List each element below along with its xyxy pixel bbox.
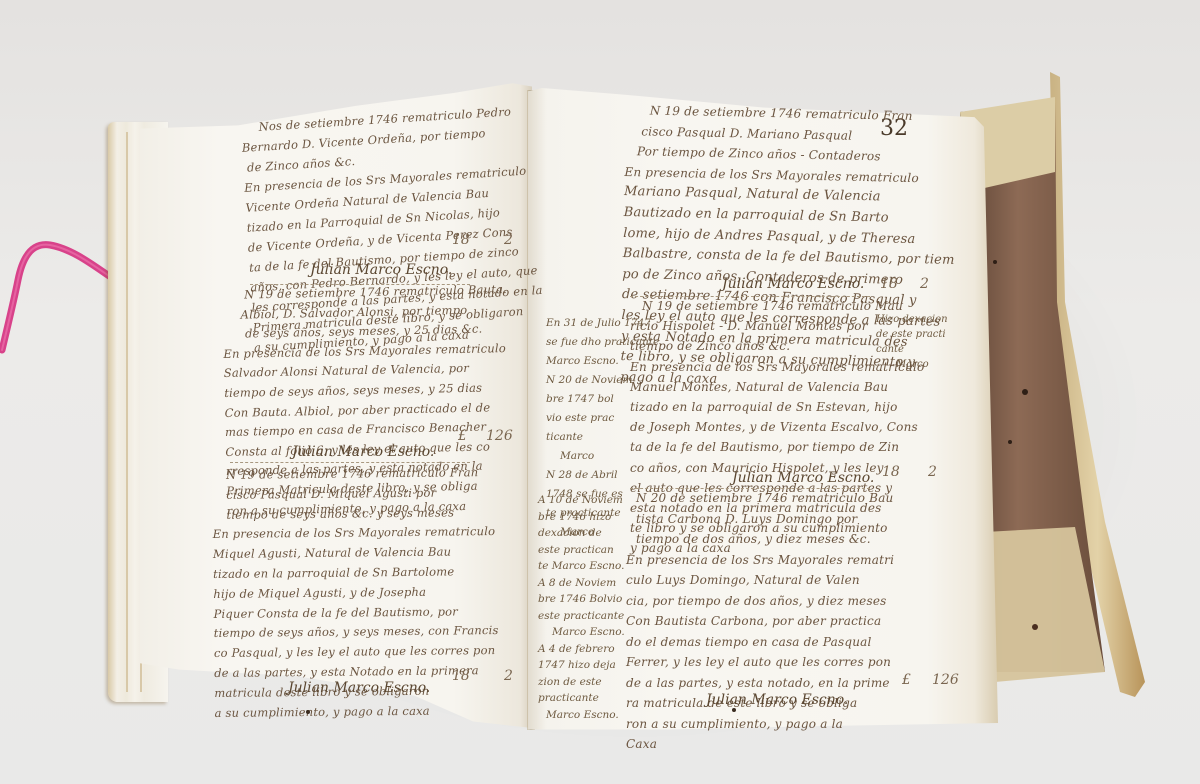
right-amount-2a: 18 bbox=[882, 464, 900, 480]
left-signature-2: Julian Marco Escno. bbox=[292, 444, 434, 460]
right-amount-3a: £ bbox=[902, 672, 911, 688]
left-amount-3b: 2 bbox=[504, 668, 513, 684]
right-amount-3b: 126 bbox=[932, 672, 959, 688]
left-amount-1a: 18 bbox=[452, 232, 470, 248]
right-signature-2: Julian Marco Escno. bbox=[732, 470, 874, 486]
left-amount-3a: 18 bbox=[452, 668, 470, 684]
right-signature-3: Julian Marco Escno. bbox=[706, 692, 848, 708]
left-amount-2b: 126 bbox=[486, 428, 513, 444]
ink-spot bbox=[732, 708, 736, 712]
ink-spot bbox=[306, 710, 310, 714]
right-signature-1: Julian Marco Escno. bbox=[722, 276, 864, 292]
right-entry-3: N 20 de setiembre 1746 rematriculo Bau t… bbox=[626, 488, 894, 755]
manuscript-photo: Nos de setiembre 1746 rematriculo Pedro … bbox=[0, 0, 1200, 784]
left-amount-1b: 2 bbox=[504, 232, 513, 248]
right-amount-1a: 18 bbox=[880, 276, 898, 292]
right-amount-1b: 2 bbox=[920, 276, 929, 292]
left-signature-3: Julian Marco Escno. bbox=[288, 680, 430, 696]
left-amount-2a: £ bbox=[458, 428, 467, 444]
right-amount-2b: 2 bbox=[928, 464, 937, 480]
right-margin-note-3: A 10 de Noviem bre 1746 hizo dexacion de… bbox=[538, 492, 625, 723]
left-signature-1: Julian Marco Escno. bbox=[310, 262, 452, 278]
